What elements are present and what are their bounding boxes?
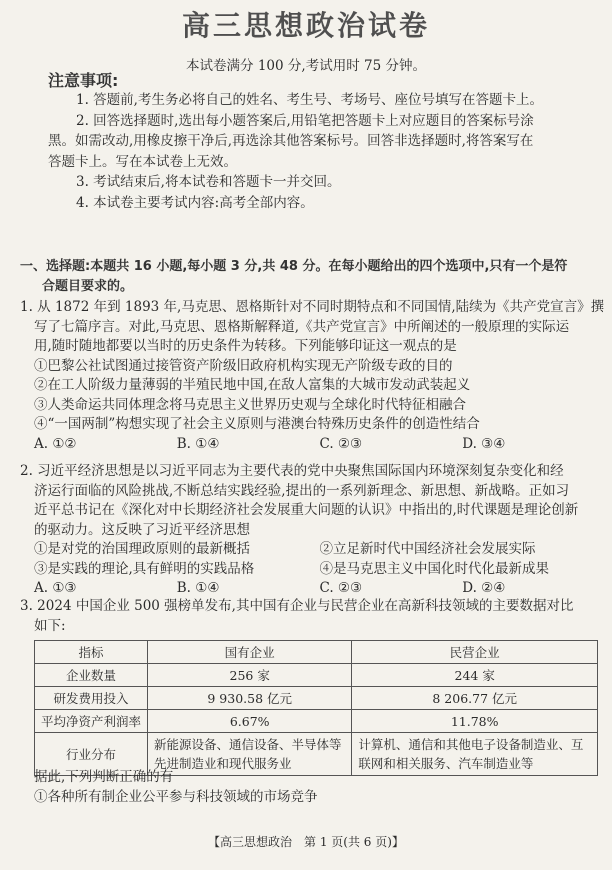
question-stem: 近平总书记在《深化对中长期经济社会发展重大问题的认识》中指出的,时代课题是理论创… bbox=[20, 501, 605, 521]
table-header: 民营企业 bbox=[352, 641, 598, 664]
table-row: 平均净资产利润率 6.67% 11.78% bbox=[35, 710, 598, 733]
page-title: 高三思想政治试卷 bbox=[0, 4, 612, 44]
question-2: 2. 习近平经济思想是以习近平同志为主要代表的党中央聚焦国际国内环境深刻复杂变化… bbox=[20, 462, 605, 599]
question-stem: 济运行面临的风险挑战,不断总结实践经验,提出的一系列新理念、新思想、新战略。正如… bbox=[20, 482, 605, 502]
table-cell: 11.78% bbox=[352, 710, 598, 733]
choice-d: D. ②④ bbox=[462, 579, 605, 599]
question-prompt: 据此,下列判断正确的有 bbox=[34, 768, 318, 788]
option-statement: ①是对党的治国理政原则的最新概括 bbox=[34, 540, 320, 560]
question-stem: 如下: bbox=[20, 617, 605, 637]
answer-choices: A. ①③ B. ①④ C. ②③ D. ②④ bbox=[20, 579, 605, 599]
choice-c: C. ②③ bbox=[320, 579, 463, 599]
question-stem: 写了七篇序言。对此,马克思、恩格斯解释道,《共产党宣言》中所阐述的一般原理的实际… bbox=[20, 318, 605, 338]
notice-item: 4. 本试卷主要考试内容:高考全部内容。 bbox=[48, 193, 568, 214]
section-heading: 一、选择题:本题共 16 小题,每小题 3 分,共 48 分。在每小题给出的四个… bbox=[20, 257, 605, 297]
table-header: 指标 bbox=[35, 641, 148, 664]
enterprise-comparison-table: 指标 国有企业 民营企业 企业数量 256 家 244 家 研发费用投入 9 9… bbox=[34, 640, 598, 776]
question-3: 3. 2024 中国企业 500 强榜单发布,其中国有企业与民营企业在高新科技领… bbox=[20, 597, 605, 636]
option-row: ③是实践的理论,具有鲜明的实践品格 ④是马克思主义中国化时代化最新成果 bbox=[20, 560, 605, 580]
option-statement: ①各种所有制企业公平参与科技领域的市场竞争 bbox=[34, 788, 318, 808]
table-cell: 244 家 bbox=[352, 664, 598, 687]
choice-a: A. ①② bbox=[34, 435, 177, 455]
table-cell: 计算机、通信和其他电子设备制造业、互联网和相关服务、汽车制造业等 bbox=[352, 733, 598, 776]
table-header-row: 指标 国有企业 民营企业 bbox=[35, 641, 598, 664]
question-stem: 用,随时随地都要以当时的历史条件为转移。下列能够印证这一观点的是 bbox=[20, 337, 605, 357]
option-statement: ④“一国两制”构想实现了社会主义原则与港澳台特殊历史条件的创造性结合 bbox=[20, 415, 605, 435]
table-row: 研发费用投入 9 930.58 亿元 8 206.77 亿元 bbox=[35, 687, 598, 710]
choice-b: B. ①④ bbox=[177, 435, 320, 455]
question-1: 1. 从 1872 年到 1893 年,马克思、恩格斯针对不同时期特点和不同国情… bbox=[20, 298, 605, 454]
option-statement: ④是马克思主义中国化时代化最新成果 bbox=[320, 560, 606, 580]
question-stem: 3. 2024 中国企业 500 强榜单发布,其中国有企业与民营企业在高新科技领… bbox=[20, 597, 605, 617]
choice-c: C. ②③ bbox=[320, 435, 463, 455]
table-cell: 8 206.77 亿元 bbox=[352, 687, 598, 710]
table-cell: 9 930.58 亿元 bbox=[148, 687, 352, 710]
option-statement: ②在工人阶级力量薄弱的半殖民地中国,在敌人富集的大城市发动武装起义 bbox=[20, 376, 605, 396]
option-statement: ③人类命运共同体理念将马克思主义世界历史观与全球化时代特征相融合 bbox=[20, 396, 605, 416]
table-header: 国有企业 bbox=[148, 641, 352, 664]
notice-item: 黑。如需改动,用橡皮擦干净后,再选涂其他答案标号。回答非选择题时,将答案写在 bbox=[48, 131, 568, 152]
section-line: 合题目要求的。 bbox=[20, 277, 605, 297]
table-cell: 256 家 bbox=[148, 664, 352, 687]
choice-d: D. ③④ bbox=[462, 435, 605, 455]
choice-a: A. ①③ bbox=[34, 579, 177, 599]
notice-item: 2. 回答选择题时,选出每小题答案后,用铅笔把答题卡上对应题目的答案标号涂 bbox=[48, 111, 568, 132]
option-statement: ①巴黎公社试图通过接管资产阶级旧政府机构实现无产阶级专政的目的 bbox=[20, 357, 605, 377]
table-cell: 企业数量 bbox=[35, 664, 148, 687]
notice-item: 1. 答题前,考生务必将自己的姓名、考生号、考场号、座位号填写在答题卡上。 bbox=[48, 90, 568, 111]
choice-b: B. ①④ bbox=[177, 579, 320, 599]
table-cell: 研发费用投入 bbox=[35, 687, 148, 710]
option-statement: ③是实践的理论,具有鲜明的实践品格 bbox=[34, 560, 320, 580]
question-stem: 1. 从 1872 年到 1893 年,马克思、恩格斯针对不同时期特点和不同国情… bbox=[20, 298, 605, 318]
table-cell: 6.67% bbox=[148, 710, 352, 733]
notice-item: 3. 考试结束后,将本试卷和答题卡一并交回。 bbox=[48, 172, 568, 193]
answer-choices: A. ①② B. ①④ C. ②③ D. ③④ bbox=[20, 435, 605, 455]
notice-item: 答题卡上。写在本试卷上无效。 bbox=[48, 152, 568, 173]
question-stem: 的驱动力。这反映了习近平经济思想 bbox=[20, 521, 605, 541]
exam-page: 高三思想政治试卷 本试卷满分 100 分,考试用时 75 分钟。 注意事项: 1… bbox=[0, 0, 612, 870]
page-footer: 【高三思想政治 第 1 页(共 6 页)】 bbox=[0, 833, 612, 850]
notice-heading: 注意事项: bbox=[48, 68, 118, 91]
table-cell: 平均净资产利润率 bbox=[35, 710, 148, 733]
question-3-continuation: 据此,下列判断正确的有 ①各种所有制企业公平参与科技领域的市场竞争 bbox=[34, 768, 318, 807]
notice-list: 1. 答题前,考生务必将自己的姓名、考生号、考场号、座位号填写在答题卡上。 2.… bbox=[48, 90, 568, 213]
section-line: 一、选择题:本题共 16 小题,每小题 3 分,共 48 分。在每小题给出的四个… bbox=[20, 257, 605, 277]
option-row: ①是对党的治国理政原则的最新概括 ②立足新时代中国经济社会发展实际 bbox=[20, 540, 605, 560]
option-statement: ②立足新时代中国经济社会发展实际 bbox=[320, 540, 606, 560]
question-stem: 2. 习近平经济思想是以习近平同志为主要代表的党中央聚焦国际国内环境深刻复杂变化… bbox=[20, 462, 605, 482]
table-row: 企业数量 256 家 244 家 bbox=[35, 664, 598, 687]
